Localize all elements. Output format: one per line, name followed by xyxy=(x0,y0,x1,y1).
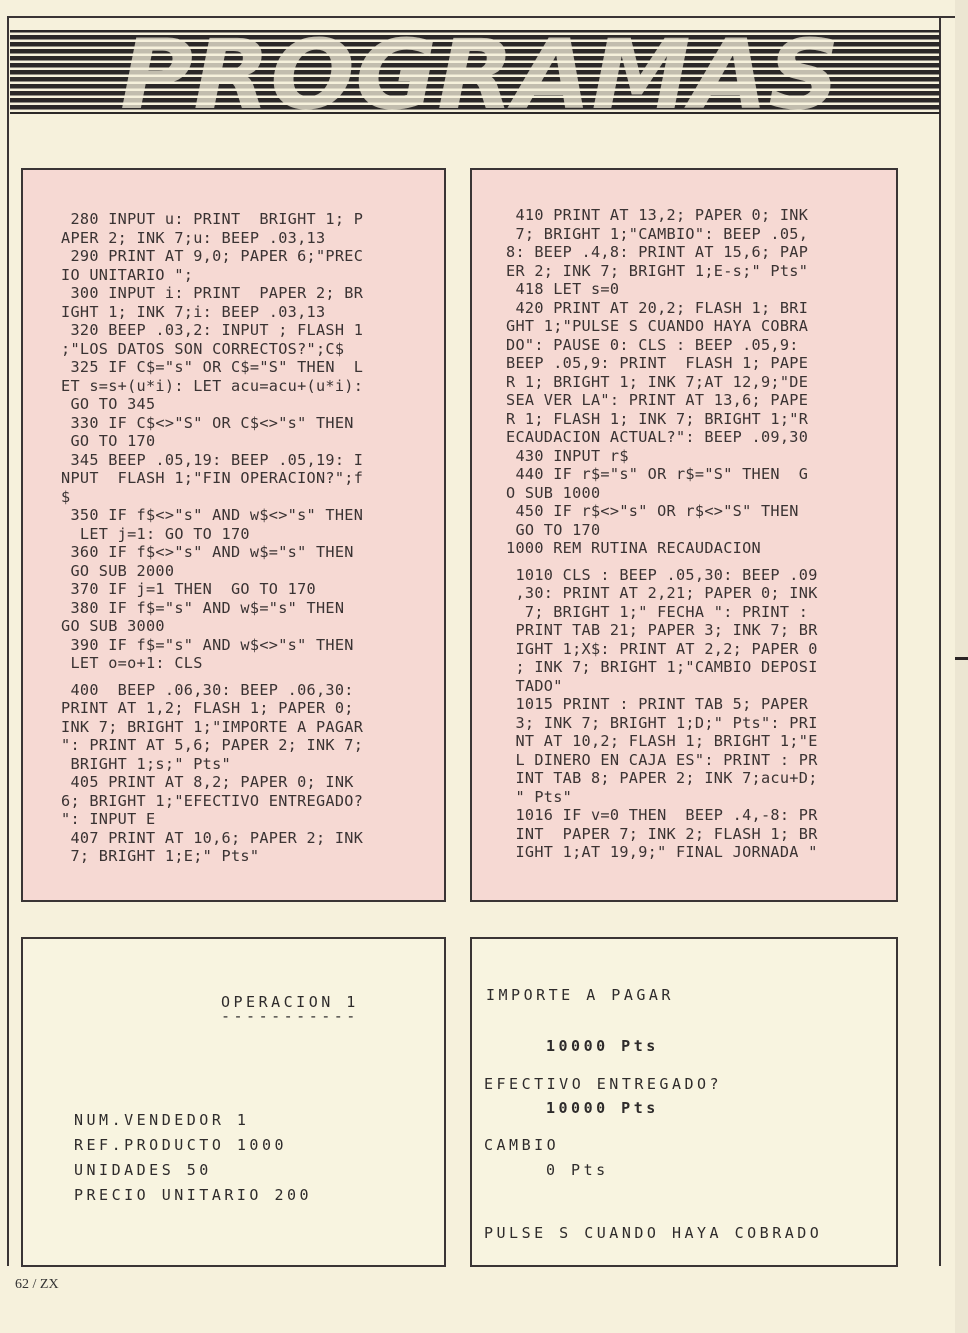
basic-code-left: 280 INPUT u: PRINT BRIGHT 1; PAPER 2; IN… xyxy=(61,210,431,866)
code-line: 390 IF f$="s" AND w$<>"s" THEN xyxy=(61,636,431,655)
field-unidades: UNIDADES 50 xyxy=(74,1161,212,1179)
page-frame-top xyxy=(7,16,957,18)
code-line: 8: BEEP .4,8: PRINT AT 15,6; PAP xyxy=(506,243,876,262)
code-line: PRINT AT 1,2; FLASH 1; PAPER 0; xyxy=(61,699,431,718)
code-line: 1015 PRINT : PRINT TAB 5; PAPER xyxy=(506,695,876,714)
cambio-value: 0 Pts xyxy=(546,1161,609,1179)
code-line: NT AT 10,2; FLASH 1; BRIGHT 1;"E xyxy=(506,732,876,751)
pulse-prompt: PULSE S CUANDO HAYA COBRADO xyxy=(484,1224,822,1242)
page-frame-right xyxy=(939,16,941,1266)
code-line: BRIGHT 1;s;" Pts" xyxy=(61,755,431,774)
code-line: 350 IF f$<>"s" AND w$<>"s" THEN xyxy=(61,506,431,525)
screen-operacion: OPERACION 1 ----------- NUM.VENDEDOR 1 R… xyxy=(21,937,446,1267)
code-line: 360 IF f$<>"s" AND w$="s" THEN xyxy=(61,543,431,562)
code-line: L DINERO EN CAJA ES": PRINT : PR xyxy=(506,751,876,770)
efectivo-value: 10000 Pts xyxy=(546,1099,659,1117)
code-line: 6; BRIGHT 1;"EFECTIVO ENTREGADO? xyxy=(61,792,431,811)
code-line: APER 2; INK 7;u: BEEP .03,13 xyxy=(61,229,431,248)
code-line: 450 IF r$<>"s" OR r$<>"S" THEN xyxy=(506,502,876,521)
code-line: IO UNITARIO "; xyxy=(61,266,431,285)
field-ref-producto: REF.PRODUCTO 1000 xyxy=(74,1136,287,1154)
cambio-label: CAMBIO xyxy=(484,1136,559,1154)
page-frame-left xyxy=(7,16,9,1266)
code-listing-left: 280 INPUT u: PRINT BRIGHT 1; PAPER 2; IN… xyxy=(21,168,446,902)
code-line: ": PRINT AT 5,6; PAPER 2; INK 7; xyxy=(61,736,431,755)
screen-cobro: IMPORTE A PAGAR 10000 Pts EFECTIVO ENTRE… xyxy=(470,937,898,1267)
code-line: IGHT 1; INK 7;i: BEEP .03,13 xyxy=(61,303,431,322)
field-precio-unitario: PRECIO UNITARIO 200 xyxy=(74,1186,312,1204)
code-line: 1016 IF v=0 THEN BEEP .4,-8: PR xyxy=(506,806,876,825)
code-line: PRINT TAB 21; PAPER 3; INK 7; BR xyxy=(506,621,876,640)
code-line: LET o=o+1: CLS xyxy=(61,654,431,673)
code-line: ; INK 7; BRIGHT 1;"CAMBIO DEPOSI xyxy=(506,658,876,677)
code-line: IGHT 1;X$: PRINT AT 2,2; PAPER 0 xyxy=(506,640,876,659)
code-line: DO": PAUSE 0: CLS : BEEP .05,9: xyxy=(506,336,876,355)
code-line: 1000 REM RUTINA RECAUDACION xyxy=(506,539,876,558)
code-line: 330 IF C$<>"S" OR C$<>"s" THEN xyxy=(61,414,431,433)
code-line: 325 IF C$="s" OR C$="S" THEN L xyxy=(61,358,431,377)
code-line: INT TAB 8; PAPER 2; INK 7;acu+D; xyxy=(506,769,876,788)
efectivo-label: EFECTIVO ENTREGADO? xyxy=(484,1075,722,1093)
code-line: 420 PRINT AT 20,2; FLASH 1; BRI xyxy=(506,299,876,318)
code-line: 440 IF r$="s" OR r$="S" THEN G xyxy=(506,465,876,484)
code-line: R 1; BRIGHT 1; INK 7;AT 12,9;"DE xyxy=(506,373,876,392)
code-line: SEA VER LA": PRINT AT 13,6; PAPE xyxy=(506,391,876,410)
code-line: 410 PRINT AT 13,2; PAPER 0; INK xyxy=(506,206,876,225)
code-line: ECAUDACION ACTUAL?": BEEP .09,30 xyxy=(506,428,876,447)
code-line: 290 PRINT AT 9,0; PAPER 6;"PREC xyxy=(61,247,431,266)
code-line: 400 BEEP .06,30: BEEP .06,30: xyxy=(61,681,431,700)
code-line: 405 PRINT AT 8,2; PAPER 0; INK xyxy=(61,773,431,792)
code-line: INK 7; BRIGHT 1;"IMPORTE A PAGAR xyxy=(61,718,431,737)
code-line: 300 INPUT i: PRINT PAPER 2; BR xyxy=(61,284,431,303)
code-line: ": INPUT E xyxy=(61,810,431,829)
code-line: TADO" xyxy=(506,677,876,696)
margin-mark xyxy=(955,657,968,660)
code-gap xyxy=(506,558,876,566)
code-line: $ xyxy=(61,488,431,507)
code-line: GO TO 345 xyxy=(61,395,431,414)
code-line: GO TO 170 xyxy=(506,521,876,540)
code-line: ET s=s+(u*i): LET acu=acu+(u*i): xyxy=(61,377,431,396)
code-line: 320 BEEP .03,2: INPUT ; FLASH 1 xyxy=(61,321,431,340)
code-line: 407 PRINT AT 10,6; PAPER 2; INK xyxy=(61,829,431,848)
code-line: O SUB 1000 xyxy=(506,484,876,503)
code-line: 345 BEEP .05,19: BEEP .05,19: I xyxy=(61,451,431,470)
code-line: 430 INPUT r$ xyxy=(506,447,876,466)
section-title-banner: PROGRAMAS PROGRAMAS xyxy=(10,28,940,116)
code-line: GHT 1;"PULSE S CUANDO HAYA COBRA xyxy=(506,317,876,336)
operacion-title-underline: ----------- xyxy=(221,1007,359,1025)
code-line: 1010 CLS : BEEP .05,30: BEEP .09 xyxy=(506,566,876,585)
code-line: BEEP .05,9: PRINT FLASH 1; PAPE xyxy=(506,354,876,373)
code-listing-right: 410 PRINT AT 13,2; PAPER 0; INK 7; BRIGH… xyxy=(470,168,898,902)
code-line: 380 IF f$="s" AND w$="s" THEN xyxy=(61,599,431,618)
code-line: 7; BRIGHT 1;" FECHA ": PRINT : xyxy=(506,603,876,622)
importe-value: 10000 Pts xyxy=(546,1037,659,1055)
code-line: 280 INPUT u: PRINT BRIGHT 1; P xyxy=(61,210,431,229)
code-line: 7; BRIGHT 1;"CAMBIO": BEEP .05, xyxy=(506,225,876,244)
code-line: GO TO 170 xyxy=(61,432,431,451)
code-line: 3; INK 7; BRIGHT 1;D;" Pts": PRI xyxy=(506,714,876,733)
code-line: ,30: PRINT AT 2,21; PAPER 0; INK xyxy=(506,584,876,603)
code-line: ;"LOS DATOS SON CORRECTOS?";C$ xyxy=(61,340,431,359)
code-line: INT PAPER 7; INK 2; FLASH 1; BR xyxy=(506,825,876,844)
section-title: PROGRAMAS xyxy=(120,28,840,116)
code-line: GO SUB 2000 xyxy=(61,562,431,581)
code-line: LET j=1: GO TO 170 xyxy=(61,525,431,544)
code-line: R 1; FLASH 1; INK 7; BRIGHT 1;"R xyxy=(506,410,876,429)
code-line: 418 LET s=0 xyxy=(506,280,876,299)
page-number: 62 / ZX xyxy=(15,1277,59,1293)
code-line: " Pts" xyxy=(506,788,876,807)
page-edge xyxy=(955,0,968,1333)
code-line: ER 2; INK 7; BRIGHT 1;E-s;" Pts" xyxy=(506,262,876,281)
code-line: 7; BRIGHT 1;E;" Pts" xyxy=(61,847,431,866)
importe-label: IMPORTE A PAGAR xyxy=(486,986,674,1004)
basic-code-right: 410 PRINT AT 13,2; PAPER 0; INK 7; BRIGH… xyxy=(506,206,876,862)
code-line: NPUT FLASH 1;"FIN OPERACION?";f xyxy=(61,469,431,488)
code-line: GO SUB 3000 xyxy=(61,617,431,636)
code-gap xyxy=(61,673,431,681)
code-line: 370 IF j=1 THEN GO TO 170 xyxy=(61,580,431,599)
code-line: IGHT 1;AT 19,9;" FINAL JORNADA " xyxy=(506,843,876,862)
field-num-vendedor: NUM.VENDEDOR 1 xyxy=(74,1111,249,1129)
